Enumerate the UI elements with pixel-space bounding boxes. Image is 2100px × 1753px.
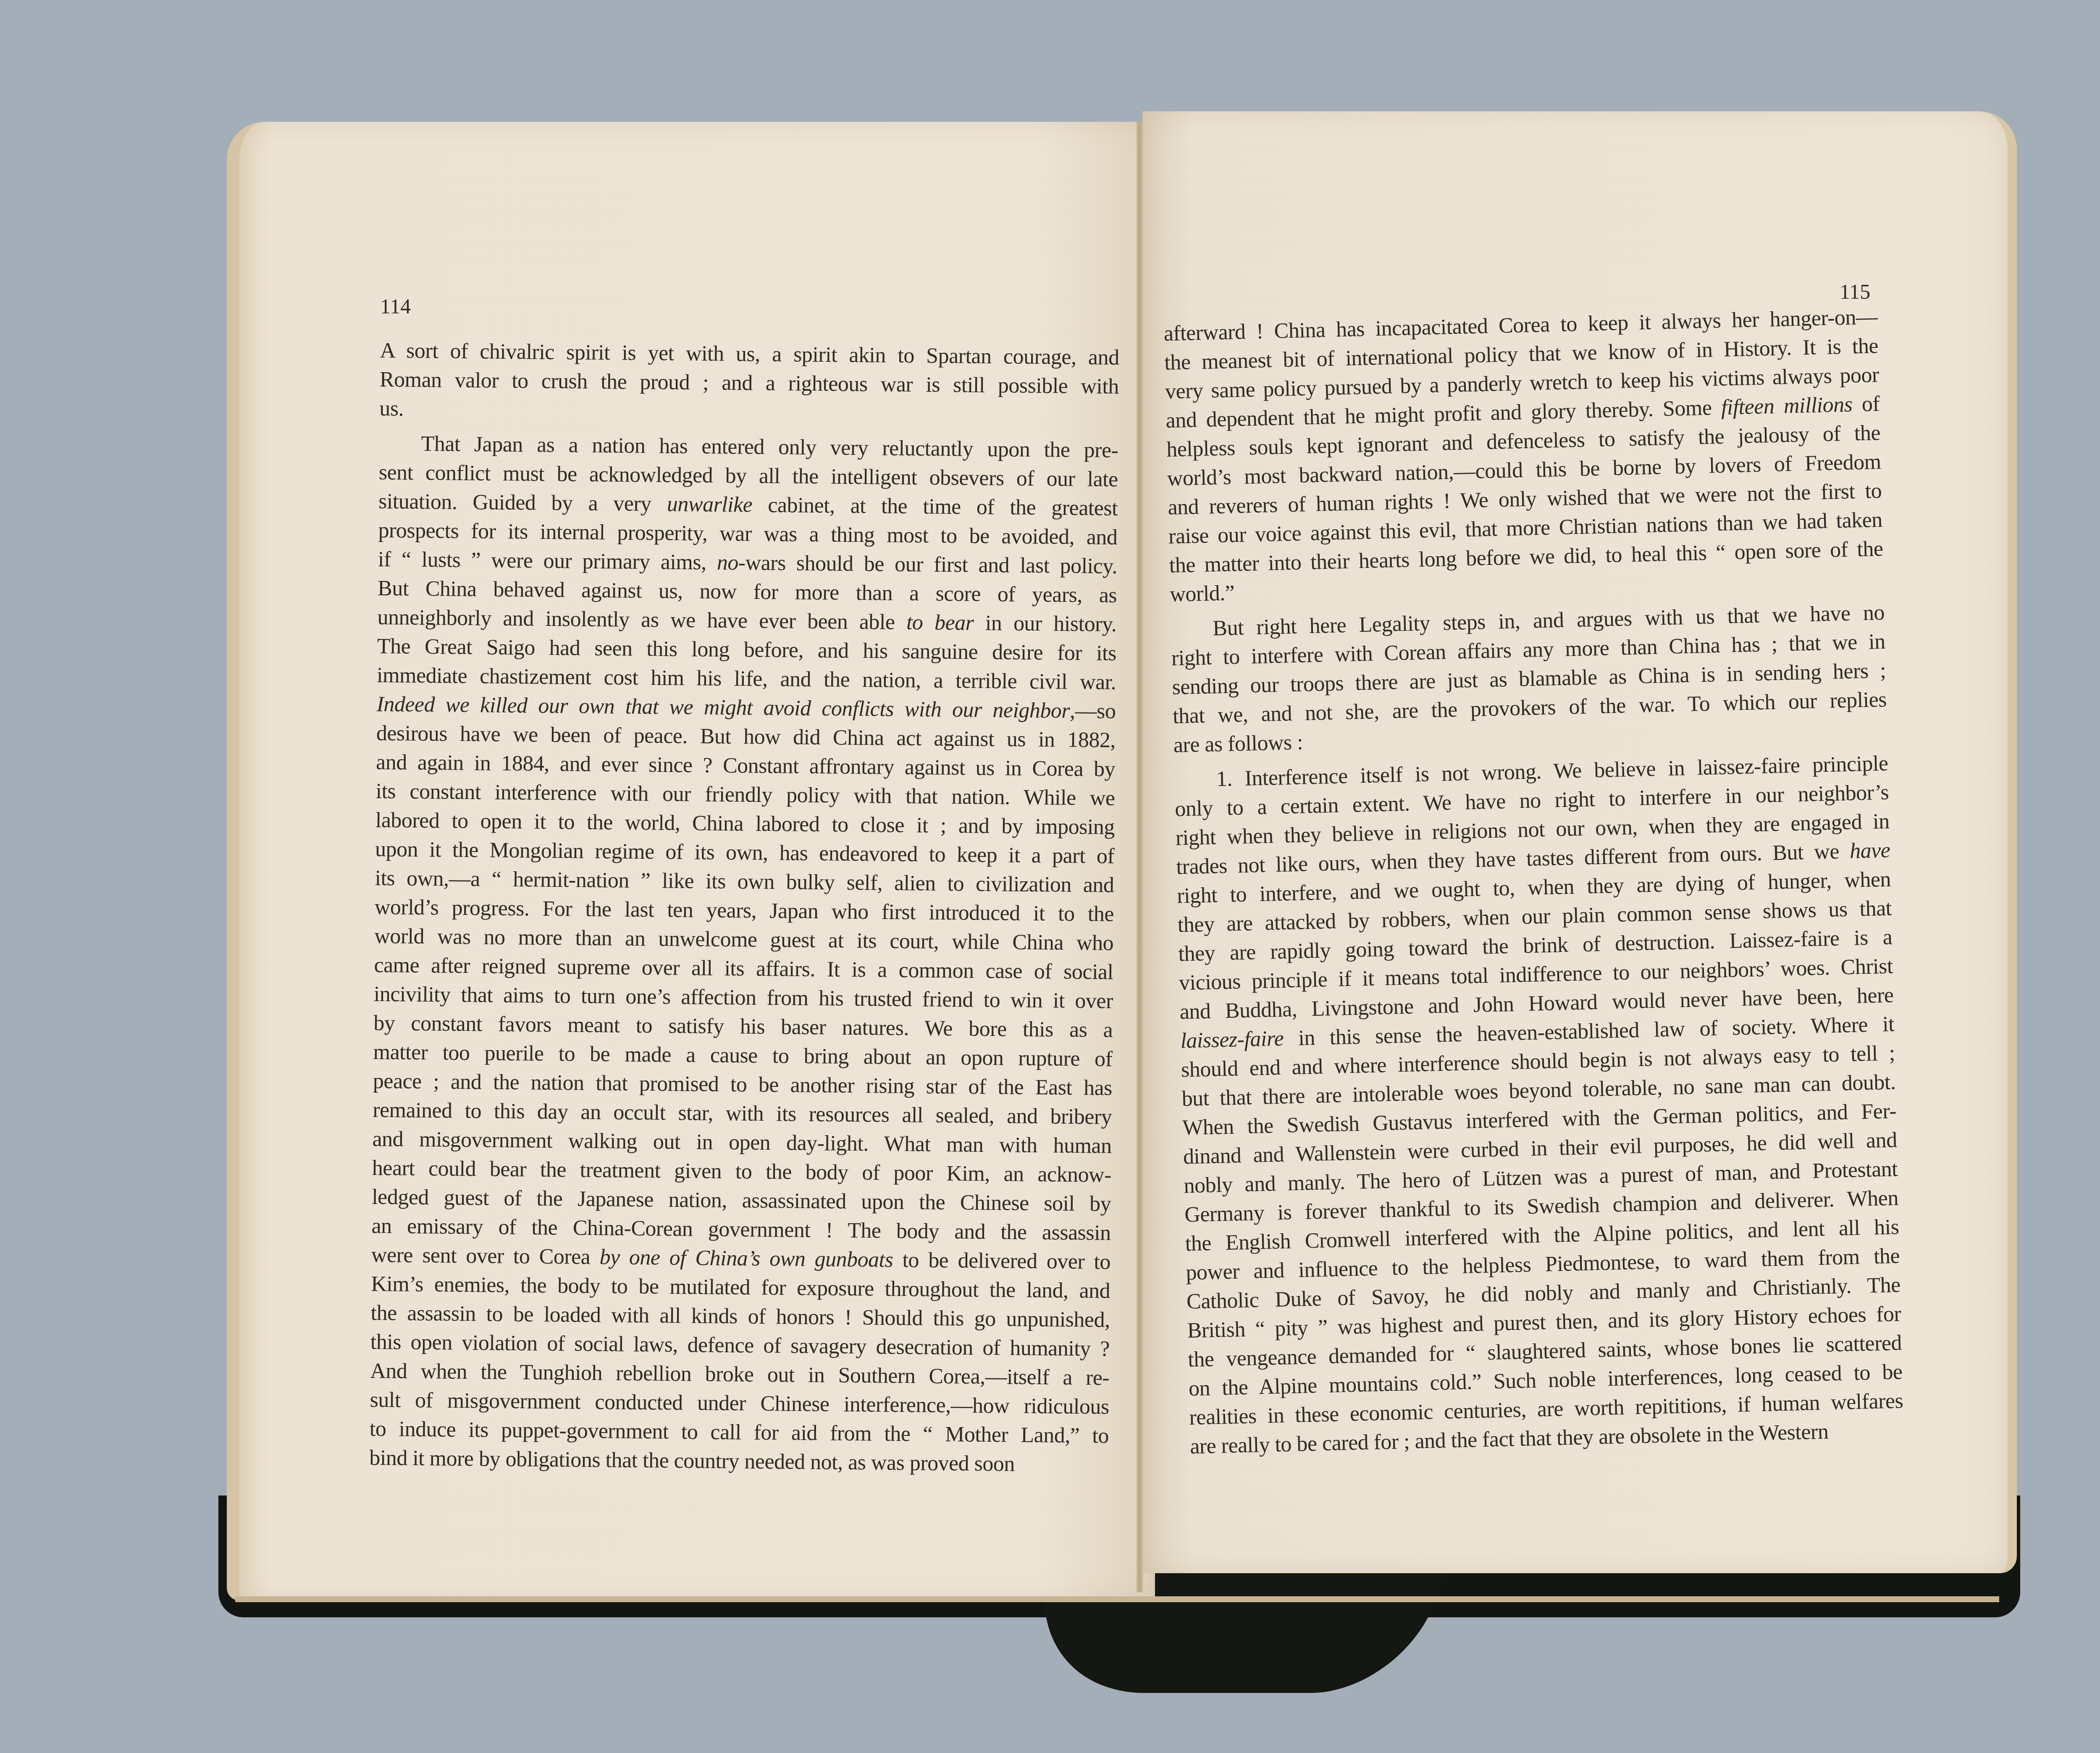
open-book: 114 115 A sort of chivalric spirit is ye… (0, 0, 2100, 1753)
paragraph: 1. Interference itself is not wrong. We … (1174, 749, 1904, 1461)
italic-emphasis: fifteen millions (1721, 392, 1853, 419)
italic-emphasis: no (717, 551, 739, 575)
page-edges-bottom (235, 1596, 1999, 1602)
paragraph: That Japan as a nation has entered only … (369, 429, 1118, 1480)
paragraph: afterward ! China has incapacitated Core… (1163, 302, 1884, 609)
italic-emphasis: by one of China’s own gunboats (599, 1245, 893, 1272)
right-page-body: afterward ! China has incapacitated Core… (1163, 302, 1904, 1467)
page-number-right: 115 (1840, 279, 1870, 304)
book-gutter (1137, 122, 1143, 1592)
page-number-left: 114 (380, 294, 411, 318)
italic-emphasis: to bear (906, 610, 974, 635)
italic-emphasis: unwarlike (667, 492, 753, 517)
italic-emphasis: have (1849, 838, 1890, 863)
paragraph: But right here Legality steps in, and ar… (1171, 598, 1888, 760)
paragraph: A sort of chivalric spirit is yet with u… (379, 336, 1119, 430)
italic-emphasis: Indeed we killed our own that we might a… (376, 692, 1070, 723)
left-page-body: A sort of chivalric spirit is yet with u… (369, 336, 1119, 1485)
italic-emphasis: laissez-faire (1180, 1027, 1284, 1053)
